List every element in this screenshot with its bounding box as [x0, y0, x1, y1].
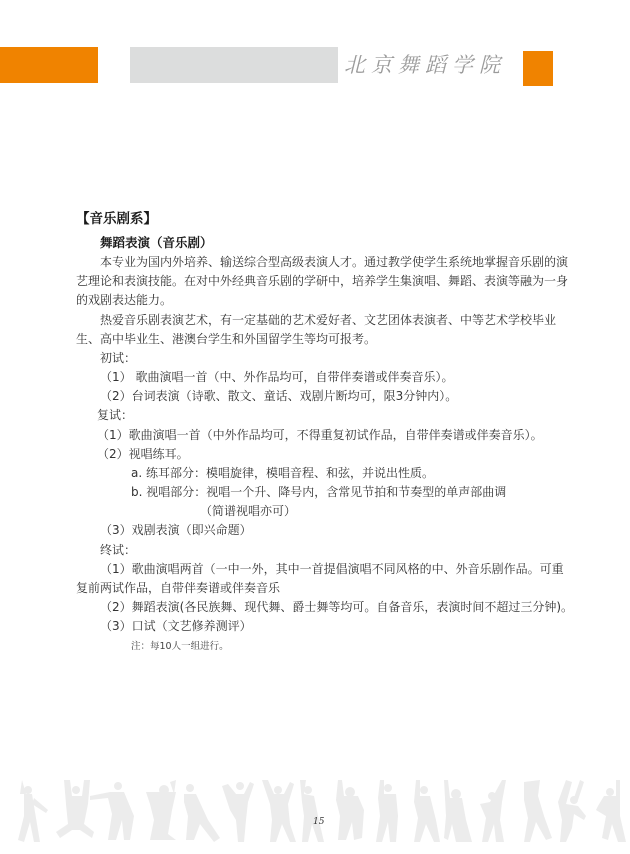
dancer-silhouette-icon	[90, 782, 134, 840]
final-item-3: （3）口试（文艺修养测评）	[100, 619, 252, 633]
final-item-2: （2）舞蹈表演(各民族舞、现代舞、爵士舞等均可。自备音乐，表演时间不超过三分钟)…	[100, 600, 573, 614]
institution-logo-text: 北京舞蹈学院	[344, 50, 516, 80]
preliminary-item-1: （1） 歌曲演唱一首（中、外作品均可，自带伴奏谱或伴奏音乐）。	[100, 370, 453, 384]
final-item-1-cont: 复前两试作品，自带伴奏谱或伴奏音乐	[76, 581, 280, 595]
dancer-silhouette-icon	[300, 780, 324, 842]
page-number: 15	[313, 817, 324, 827]
preliminary-item-2: （2）台词表演（诗歌、散文、童话、戏剧片断均可，限3分钟内）。	[100, 389, 457, 403]
dancer-silhouette-icon	[336, 780, 364, 840]
dancer-silhouette-icon	[414, 780, 440, 842]
second-round-label: 复试：	[97, 408, 133, 422]
dancer-silhouette-icon	[524, 780, 552, 842]
intro-line-2: 艺理论和表演技能。在对中外经典音乐剧的学研中，培养学生集演唱、舞蹈、表演等融为一…	[76, 274, 555, 288]
second-subitem-b-note: （简谱视唱亦可）	[200, 504, 296, 518]
second-subitem-b: b. 视唱部分：视唱一个升、降号内，含常见节拍和节奏型的单声部曲调	[131, 485, 506, 499]
eligibility-line-2: 生、高中毕业生、港澳台学生和外国留学生等均可报考。	[76, 332, 376, 346]
second-item-3: （3）戏剧表演（即兴命题）	[100, 523, 252, 537]
dancer-silhouette-icon	[262, 780, 296, 842]
preliminary-label: 初试：	[100, 351, 136, 365]
dancer-silhouettes-decoration	[0, 780, 630, 848]
header-gray-band	[130, 47, 338, 83]
intro-line-1: 本专业为国内外培养、输送综合型高级表演人才。通过教学使学生系统地掌握音乐剧的演	[100, 255, 555, 269]
second-item-1: （1）歌曲演唱一首（中外作品均可，不得重复初试作品，自带伴奏谱或伴奏音乐）。	[97, 428, 543, 442]
final-note: 注：每10人一组进行。	[131, 640, 229, 654]
eligibility-line-1: 热爱音乐剧表演艺术，有一定基础的艺术爱好者、文艺团体表演者、中等艺术学校毕业	[100, 313, 555, 327]
final-item-1: （1）歌曲演唱两首（一中一外，其中一首提倡演唱不同风格的中、外音乐剧作品。可重	[100, 562, 555, 576]
section-title: 【音乐剧系】	[76, 212, 157, 226]
dancer-silhouette-icon	[444, 780, 472, 842]
final-round-label: 终试：	[100, 543, 136, 557]
dancer-silhouette-icon	[146, 780, 176, 840]
dancer-silhouette-icon	[56, 780, 94, 838]
second-subitem-a: a. 练耳部分：模唱旋律，模唱音程、和弦，并说出性质。	[131, 466, 434, 480]
intro-line-3: 的戏剧表达能力。	[76, 293, 172, 307]
dancer-silhouette-icon	[184, 784, 220, 842]
header-orange-block-left	[0, 47, 98, 83]
second-item-2: （2）视唱练耳。	[97, 447, 189, 461]
dancer-silhouette-icon	[376, 780, 398, 842]
header-orange-block-right	[523, 51, 553, 86]
dancer-silhouette-icon	[222, 782, 254, 842]
dancer-silhouette-icon	[18, 780, 48, 842]
dancer-silhouette-icon	[558, 780, 586, 842]
dancer-silhouette-icon	[596, 780, 626, 842]
major-heading: 舞蹈表演（音乐剧）	[100, 236, 213, 250]
dancer-silhouette-icon	[480, 780, 506, 842]
